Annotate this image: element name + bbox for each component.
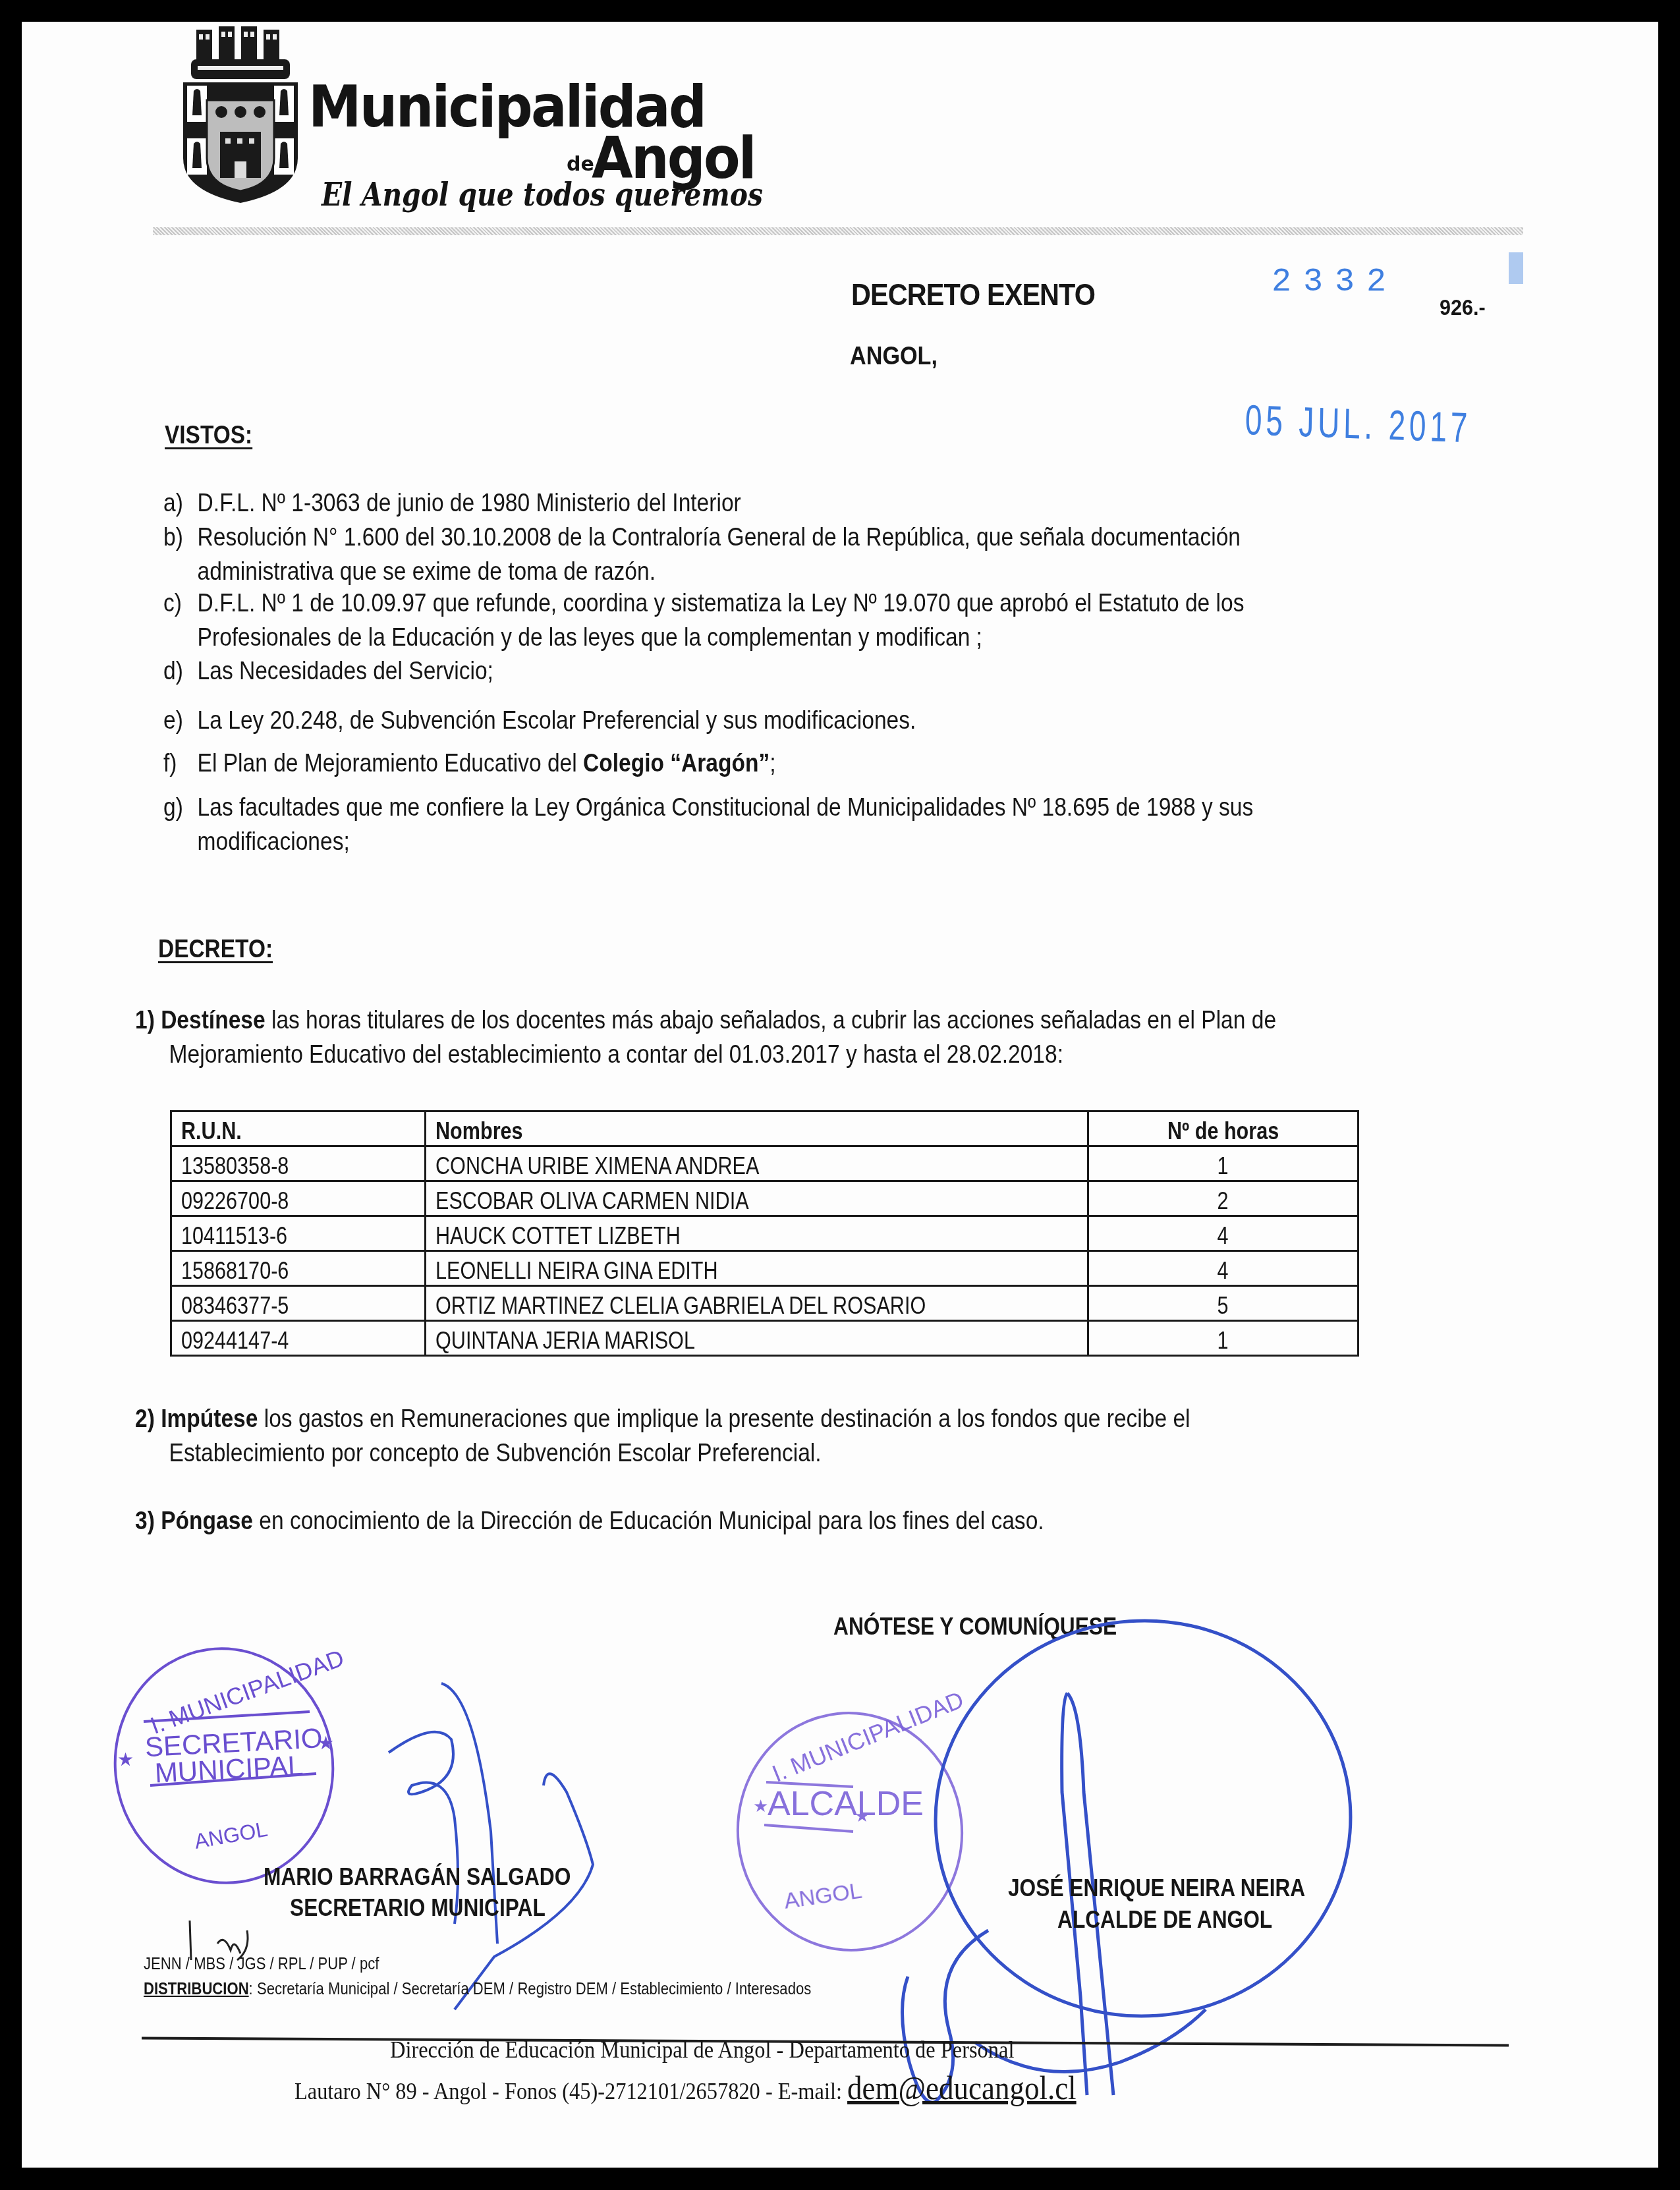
item-text: El Plan de Mejoramiento Educativo del Co…: [198, 748, 776, 779]
item-text: administrativa que se exime de toma de r…: [198, 556, 656, 588]
footer-line1: Dirección de Educación Municipal de Ango…: [390, 2036, 1014, 2064]
item-marker: g): [163, 792, 183, 824]
item-text: Resolución N° 1.600 del 30.10.2008 de la…: [198, 522, 1241, 553]
cell-hours: 1: [1088, 1321, 1358, 1356]
item-marker: b): [163, 522, 183, 553]
coat-of-arms-icon: [178, 26, 303, 204]
cell-name: CONCHA URIBE XIMENA ANDREA: [426, 1146, 1088, 1181]
table-row: 10411513-6HAUCK COTTET LIZBETH4: [171, 1216, 1358, 1251]
item-marker: d): [163, 656, 183, 687]
cell-run: 15868170-6: [171, 1251, 426, 1286]
decree-stamp-number: 2332: [1272, 264, 1398, 301]
cell-run: 13580358-8: [171, 1146, 426, 1181]
cell-hours: 5: [1088, 1286, 1358, 1321]
table-row: 09226700-8ESCOBAR OLIVA CARMEN NIDIA2: [171, 1181, 1358, 1216]
decree-place: ANGOL,: [850, 343, 938, 371]
point-line: Mejoramiento Educativo del establecimien…: [169, 1039, 1063, 1071]
secretary-name: MARIO BARRAGÁN SALGADO: [264, 1863, 571, 1891]
cell-hours: 4: [1088, 1216, 1358, 1251]
slogan: El Angol que todos queremos: [322, 177, 763, 213]
point-line: 1) Destínese las horas titulares de los …: [135, 1005, 1276, 1036]
mayor-name: JOSÉ ENRIQUE NEIRA NEIRA: [1008, 1874, 1305, 1902]
secretary-role: SECRETARIO MUNICIPAL: [290, 1894, 546, 1922]
date-stamp: 05 JUL. 2017: [1245, 395, 1472, 452]
cell-name: ESCOBAR OLIVA CARMEN NIDIA: [426, 1181, 1088, 1216]
stamp-mark: [1509, 252, 1523, 284]
header-nombres: Nombres: [426, 1111, 1088, 1146]
table-row: 15868170-6LEONELLI NEIRA GINA EDITH4: [171, 1251, 1358, 1286]
cell-run: 09244147-4: [171, 1321, 426, 1356]
item-text: Las Necesidades del Servicio;: [198, 656, 493, 687]
header-run: R.U.N.: [171, 1111, 426, 1146]
brand-de: de: [567, 153, 594, 176]
point-line: Establecimiento por concepto de Subvenci…: [169, 1438, 822, 1469]
cell-run: 09226700-8: [171, 1181, 426, 1216]
cell-name: LEONELLI NEIRA GINA EDITH: [426, 1251, 1088, 1286]
item-marker: e): [163, 705, 183, 737]
item-text: modificaciones;: [198, 826, 350, 858]
item-marker: f): [163, 748, 177, 779]
table-row: 13580358-8CONCHA URIBE XIMENA ANDREA1: [171, 1146, 1358, 1181]
distribution-text: : Secretaría Municipal / Secretaría DEM …: [249, 1979, 812, 1998]
teachers-table: R.U.N. Nombres Nº de horas 13580358-8CON…: [170, 1110, 1359, 1357]
decree-number: 926.-: [1440, 295, 1486, 321]
initials: JENN / MBS / JGS / RPL / PUP / pcf: [144, 1953, 379, 1974]
distribution: DISTRIBUCION: Secretaría Municipal / Sec…: [144, 1979, 811, 1999]
footer-contact: Lautaro N° 89 - Angol - Fonos (45)-27121…: [294, 2078, 842, 2104]
cell-hours: 4: [1088, 1251, 1358, 1286]
point-line: 2) Impútese los gastos en Remuneraciones…: [135, 1403, 1190, 1435]
table-row: 09244147-4QUINTANA JERIA MARISOL1: [171, 1321, 1358, 1356]
item-marker: a): [163, 488, 183, 519]
vistos-heading: VISTOS:: [165, 422, 252, 450]
cell-name: QUINTANA JERIA MARISOL: [426, 1321, 1088, 1356]
table-header-row: R.U.N. Nombres Nº de horas: [171, 1111, 1358, 1146]
cell-hours: 2: [1088, 1181, 1358, 1216]
item-text: D.F.L. Nº 1-3063 de junio de 1980 Minist…: [198, 488, 741, 519]
cell-name: ORTIZ MARTINEZ CLELIA GABRIELA DEL ROSAR…: [426, 1286, 1088, 1321]
item-text: D.F.L. Nº 1 de 10.09.97 que refunde, coo…: [198, 588, 1245, 619]
table-row: 08346377-5ORTIZ MARTINEZ CLELIA GABRIELA…: [171, 1286, 1358, 1321]
decree-title: DECRETO EXENTO: [851, 277, 1095, 312]
footer-email-link[interactable]: dem@educangol.cl: [847, 2069, 1077, 2106]
decreto-heading: DECRETO:: [158, 936, 273, 964]
cell-hours: 1: [1088, 1146, 1358, 1181]
item-text: La Ley 20.248, de Subvención Escolar Pre…: [198, 705, 916, 737]
distribution-label: DISTRIBUCION: [144, 1979, 249, 1998]
mayor-role: ALCALDE DE ANGOL: [1057, 1906, 1272, 1934]
cell-run: 10411513-6: [171, 1216, 426, 1251]
document-page: [22, 22, 1658, 2168]
item-text: Las facultades que me confiere la Ley Or…: [198, 792, 1254, 824]
header-divider: [153, 227, 1523, 235]
point-line: 3) Póngase en conocimiento de la Direcci…: [135, 1505, 1044, 1537]
cell-name: HAUCK COTTET LIZBETH: [426, 1216, 1088, 1251]
item-marker: c): [163, 588, 182, 619]
header-horas: Nº de horas: [1088, 1111, 1358, 1146]
item-text: Profesionales de la Educación y de las l…: [198, 622, 982, 654]
cell-run: 08346377-5: [171, 1286, 426, 1321]
footer-line2: Lautaro N° 89 - Angol - Fonos (45)-27121…: [294, 2069, 1077, 2107]
closing-formula: ANÓTESE Y COMUNÍQUESE: [833, 1613, 1117, 1641]
